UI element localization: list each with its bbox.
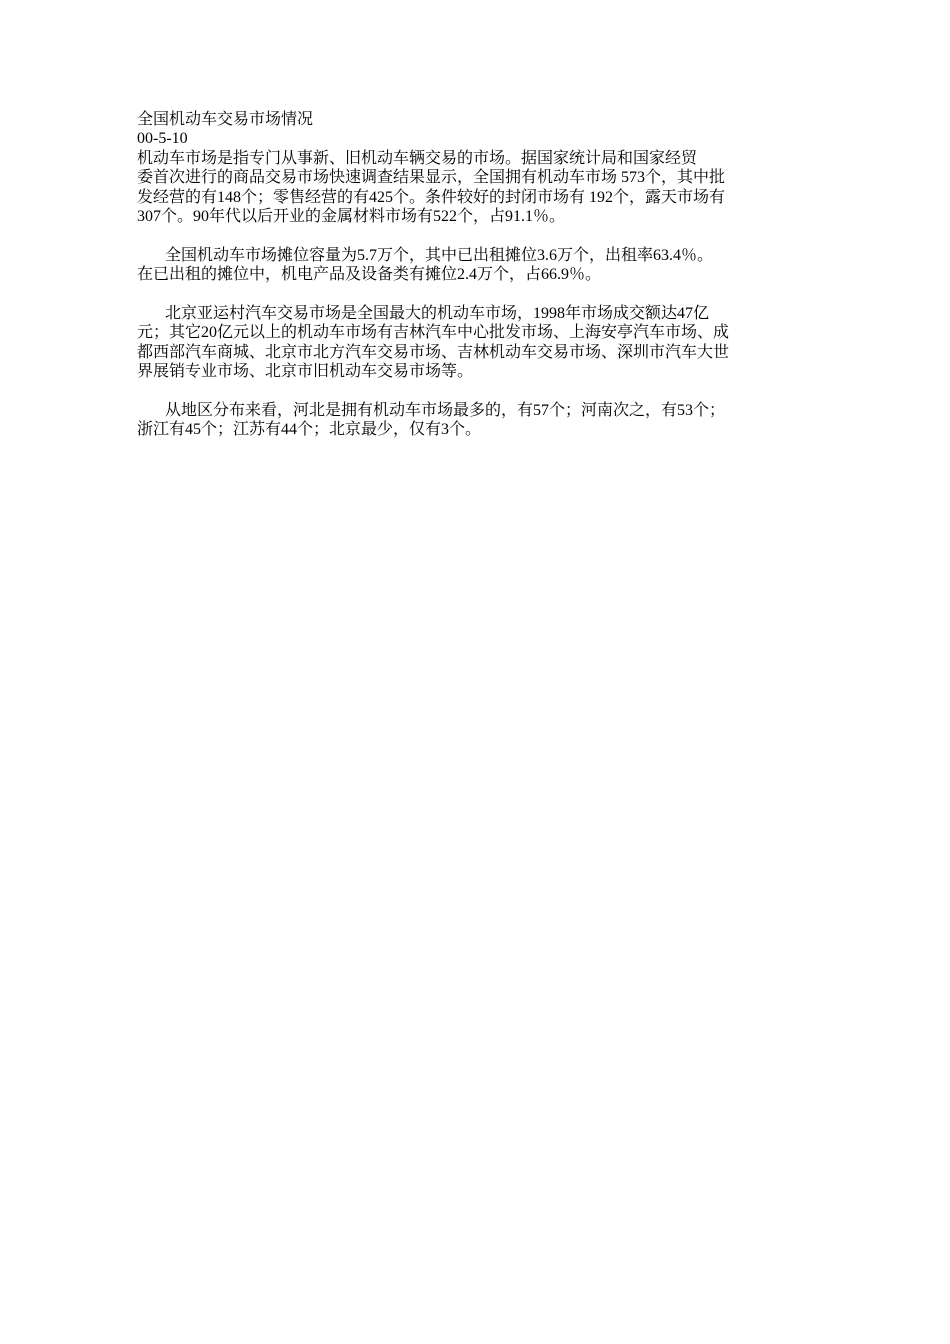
- text-line: 都西部汽车商城、北京市北方汽车交易市场、吉林机动车交易市场、深圳市汽车大世: [137, 343, 737, 362]
- paragraph-2: 全国机动车市场摊位容量为5.7万个，其中已出租摊位3.6万个，出租率63.4％。…: [137, 246, 737, 285]
- text-line: 从地区分布来看，河北是拥有机动车市场最多的，有57个；河南次之，有53个；: [137, 401, 737, 420]
- paragraph-1: 机动车市场是指专门从事新、旧机动车辆交易的市场。据国家统计局和国家经贸 委首次进…: [137, 149, 737, 227]
- text-line: 发经营的有148个；零售经营的有425个。条件较好的封闭市场有 192个，露天市…: [137, 188, 737, 207]
- paragraph-4: 从地区分布来看，河北是拥有机动车市场最多的，有57个；河南次之，有53个； 浙江…: [137, 401, 737, 440]
- text-line: 界展销专业市场、北京市旧机动车交易市场等。: [137, 362, 737, 381]
- text-line: 委首次进行的商品交易市场快速调查结果显示，全国拥有机动车市场 573个，其中批: [137, 168, 737, 187]
- text-line: 浙江有45个；江苏有44个；北京最少，仅有3个。: [137, 420, 737, 439]
- document-title: 全国机动车交易市场情况: [137, 110, 737, 129]
- text-line: 元；其它20亿元以上的机动车市场有吉林汽车中心批发市场、上海安亭汽车市场、成: [137, 323, 737, 342]
- document-content: 全国机动车交易市场情况 00-5-10 机动车市场是指专门从事新、旧机动车辆交易…: [137, 110, 737, 440]
- paragraph-3: 北京亚运村汽车交易市场是全国最大的机动车市场，1998年市场成交额达47亿 元；…: [137, 304, 737, 382]
- text-line: 在已出租的摊位中，机电产品及设备类有摊位2.4万个，占66.9％。: [137, 265, 737, 284]
- text-line: 307个。90年代以后开业的金属材料市场有522个，占91.1％。: [137, 207, 737, 226]
- text-line: 北京亚运村汽车交易市场是全国最大的机动车市场，1998年市场成交额达47亿: [137, 304, 737, 323]
- text-line: 全国机动车市场摊位容量为5.7万个，其中已出租摊位3.6万个，出租率63.4％。: [137, 246, 737, 265]
- document-date: 00-5-10: [137, 129, 737, 148]
- text-line: 机动车市场是指专门从事新、旧机动车辆交易的市场。据国家统计局和国家经贸: [137, 149, 737, 168]
- document-page: 全国机动车交易市场情况 00-5-10 机动车市场是指专门从事新、旧机动车辆交易…: [0, 0, 950, 1344]
